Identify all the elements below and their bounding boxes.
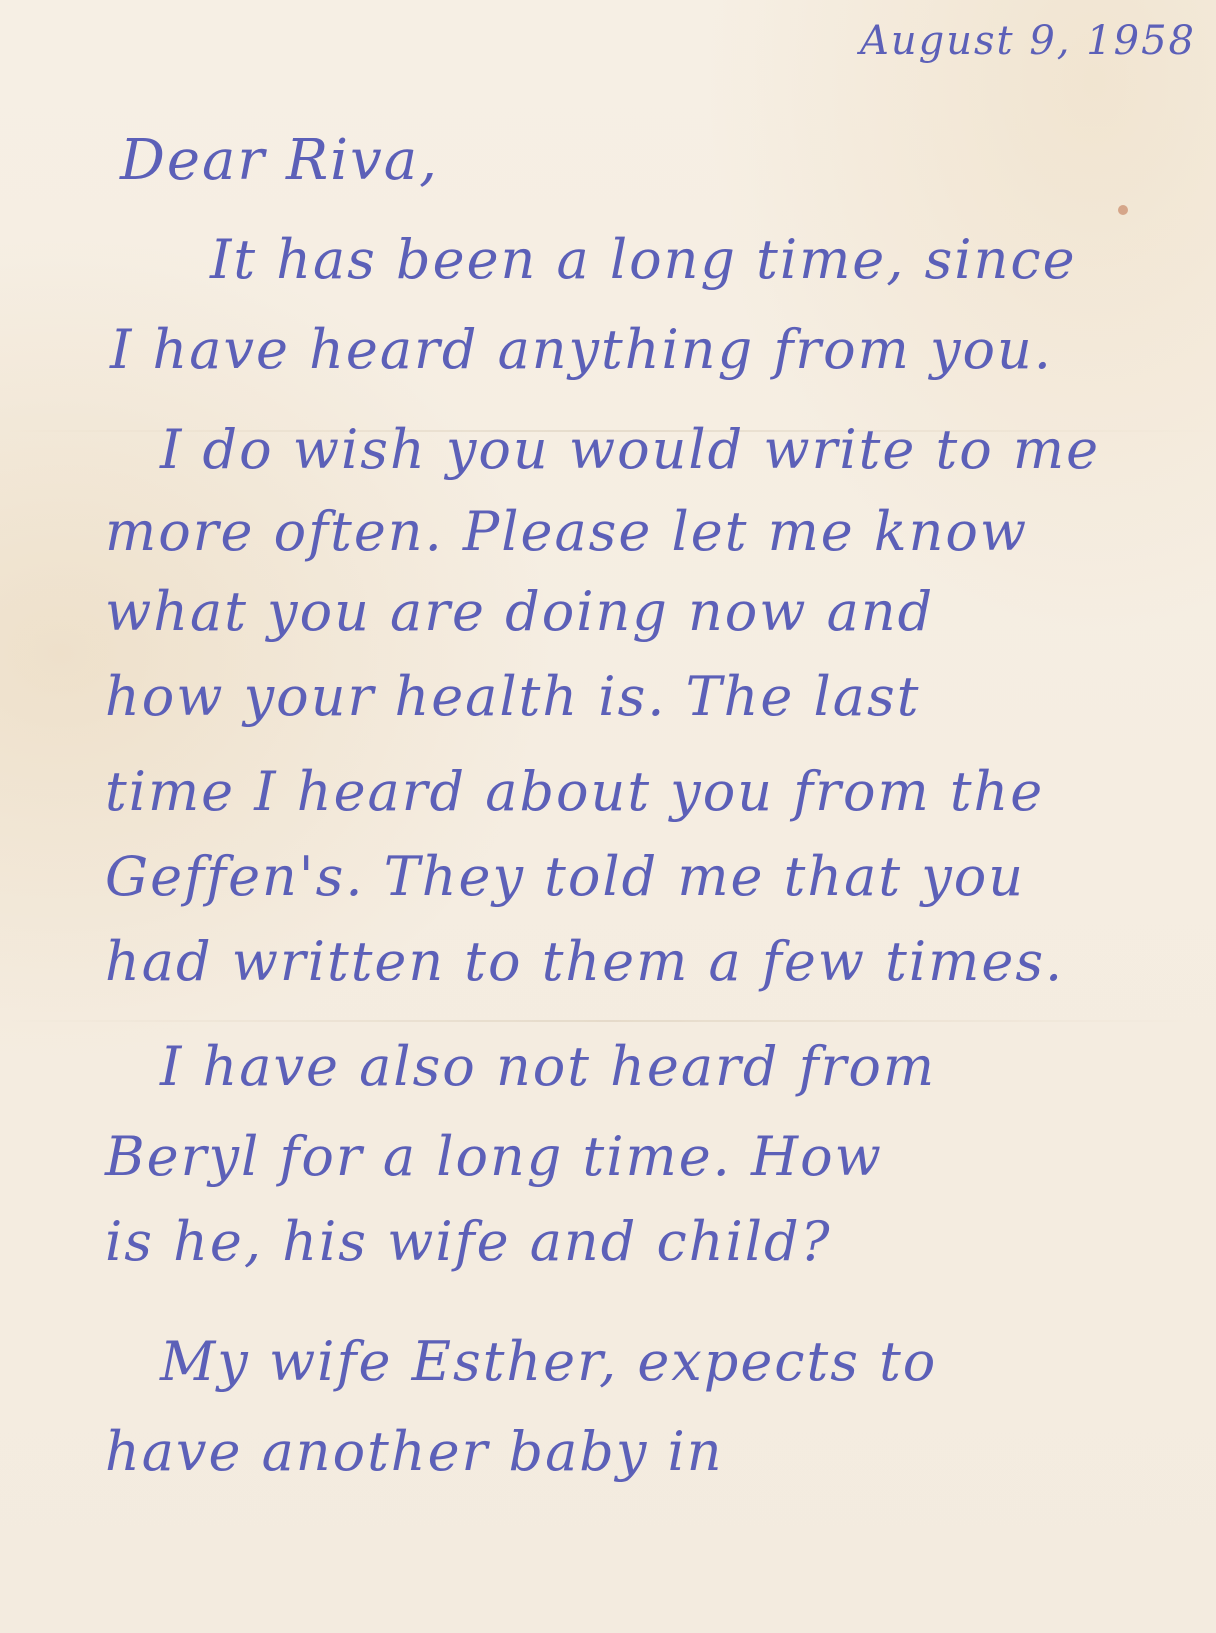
letter-line: time I heard about you from the xyxy=(105,760,1044,823)
letter-line: is he, his wife and child? xyxy=(105,1210,832,1273)
letter-line: Beryl for a long time. How xyxy=(105,1125,883,1188)
ink-stain xyxy=(1118,205,1128,215)
letter-line: Geffen's. They told me that you xyxy=(105,845,1025,908)
letter-salutation: Dear Riva, xyxy=(120,128,439,193)
letter-line: had written to them a few times. xyxy=(105,930,1064,993)
letter-line: have another baby in xyxy=(105,1420,724,1483)
letter-line: I do wish you would write to me xyxy=(160,418,1100,481)
letter-line: I have also not heard from xyxy=(160,1035,936,1098)
letter-page: August 9, 1958 Dear Riva, It has been a … xyxy=(0,0,1216,1633)
letter-line: My wife Esther, expects to xyxy=(160,1330,937,1393)
letter-line: how your health is. The last xyxy=(105,665,920,728)
letter-line: more often. Please let me know xyxy=(105,500,1028,563)
letter-line: It has been a long time, since xyxy=(210,228,1077,291)
letter-line: I have heard anything from you. xyxy=(110,318,1053,381)
letter-line: what you are doing now and xyxy=(105,580,934,643)
paper-fold xyxy=(0,1020,1216,1022)
letter-date: August 9, 1958 xyxy=(860,18,1196,64)
